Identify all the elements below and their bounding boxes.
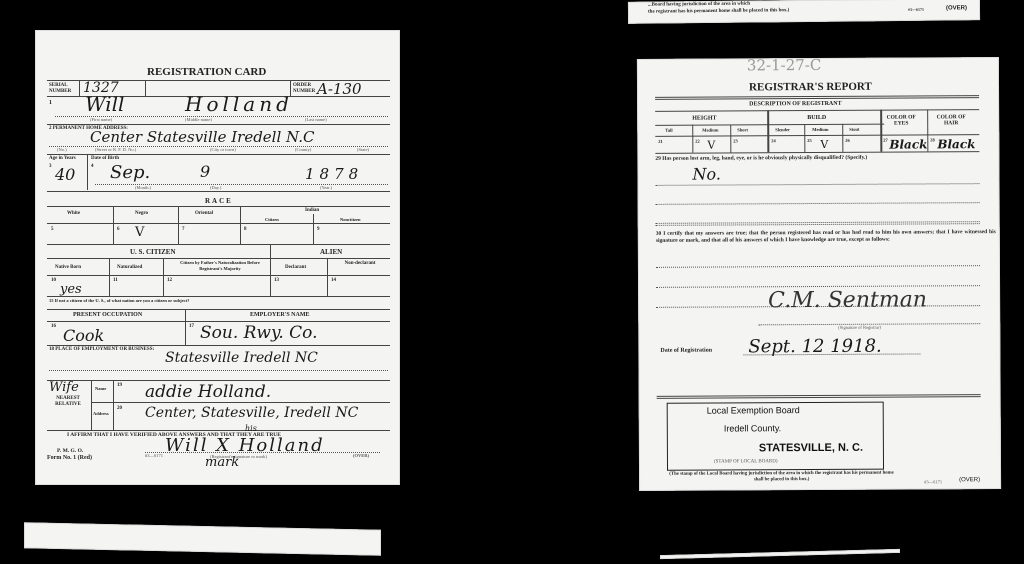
employer-heading: EMPLOYER'S NAME <box>250 312 310 318</box>
mark-text: mark <box>205 455 239 470</box>
height-medium-mark: V <box>707 139 715 152</box>
caption-county: (County) <box>295 147 311 152</box>
order-label: ORDER NUMBER <box>293 83 317 95</box>
build-medium-mark: V <box>820 138 828 151</box>
date-of-registration-label: Date of Registration <box>660 348 712 354</box>
hair-heading: COLOR OF HAIR <box>932 114 970 126</box>
over-label: (OVER) <box>353 453 369 458</box>
field-number: 17 <box>189 324 194 329</box>
eyes-heading: COLOR OF EYES <box>884 114 918 126</box>
bottom-partial-card <box>24 522 381 555</box>
top-strip-note-line1: ...Board having jurisdiction of the area… <box>648 2 750 8</box>
caption-city: (City or town) <box>210 147 236 152</box>
citizen-col-naturalized: Naturalized <box>117 265 142 270</box>
race-col-negro: Negro <box>135 211 148 216</box>
race-col-indian-citizen: Citizen <box>265 217 279 222</box>
field15-question: 15 If not a citizen of the U. S., of wha… <box>49 298 189 303</box>
card-title: REGISTRATION CARD <box>147 66 266 78</box>
field-number: 3 <box>49 164 52 169</box>
dob-year: 1878 <box>305 165 363 183</box>
field-number: 24 <box>771 138 776 143</box>
question-30: 30 I certify that my answers are true; t… <box>656 229 996 244</box>
stamp-line3: STATESVILLE, N. C. <box>759 442 863 455</box>
native-born-value: yes <box>60 282 82 297</box>
field-number: 4 <box>91 164 94 169</box>
field-number: 5 <box>51 227 54 232</box>
caption-middle-name: (Middle name) <box>185 117 212 122</box>
field-number: 28 <box>930 137 935 142</box>
pmgo-label: P. M. G. O. <box>57 448 83 454</box>
field-number: 27 <box>883 138 888 143</box>
field-number: 12 <box>167 278 172 283</box>
race-negro-mark: V <box>135 225 144 240</box>
relative-address-label: Address <box>93 411 109 416</box>
employer-value: Sou. Rwy. Co. <box>200 323 318 343</box>
bottom-sliver-card-edge <box>660 549 900 559</box>
age-value: 40 <box>55 165 75 184</box>
relative-relation: Wife <box>49 380 79 395</box>
field-number: 16 <box>51 324 56 329</box>
field-number: 9 <box>317 227 320 232</box>
form-number: Form No. 1 (Red) <box>47 455 92 461</box>
registrar-signature: C.M. Sentman <box>768 287 927 313</box>
alien-heading: ALIEN <box>320 248 342 256</box>
field-number: 11 <box>113 278 118 283</box>
field-number: 13 <box>274 278 279 283</box>
dob-day: 9 <box>200 162 210 181</box>
caption-day: (Day.) <box>210 185 221 190</box>
form-code: #3—6171 <box>924 479 942 484</box>
registrar-caption: (Signature of Registrar) <box>838 325 881 330</box>
first-name: Will <box>85 92 124 116</box>
his-mark-label: his <box>245 424 257 433</box>
field-number: 10 <box>51 278 56 283</box>
stamp-line1: Local Exemption Board <box>707 405 800 415</box>
field-number: 19 <box>117 383 122 388</box>
field-number: 6 <box>117 227 120 232</box>
relative-name: addie Holland. <box>145 382 271 402</box>
caption-first-name: (First name) <box>90 117 112 122</box>
employment-place: Statesville Iredell NC <box>165 350 318 366</box>
ref-number: 32-1-27-C <box>747 56 821 74</box>
field-number: 22 <box>695 139 700 144</box>
caption-month: (Month.) <box>135 185 151 190</box>
caption-last-name: (Last name) <box>305 117 327 122</box>
alien-col-nondeclarant: Non-declarant <box>340 261 380 267</box>
age-label: Age in Years <box>49 156 76 161</box>
serial-label: SERIAL NUMBER <box>49 83 77 95</box>
race-col-indian: Indian <box>305 208 319 213</box>
caption-year: (Year.) <box>320 185 332 190</box>
citizen-col-father: Citizen by Father's Naturalization Befor… <box>175 260 265 271</box>
field-number: 25 <box>807 138 812 143</box>
top-strip-over: (OVER) <box>946 5 967 11</box>
field-number: 1 <box>49 100 52 106</box>
over-label: (OVER) <box>959 477 980 483</box>
field-number: 21 <box>658 139 663 144</box>
field-number: 23 <box>733 138 738 143</box>
caption-street: (Street or R. F. D. No.) <box>95 147 136 152</box>
registration-card: REGISTRATION CARD SERIAL NUMBER 1327 ORD… <box>35 30 400 485</box>
nearest-relative-label: NEAREST RELATIVE <box>53 396 83 408</box>
employment-place-label: 18 PLACE OF EMPLOYMENT OR BUSINESS: <box>49 347 154 352</box>
race-col-white: White <box>67 211 80 216</box>
field-number: 20 <box>117 406 122 411</box>
registrars-report-card: 32-1-27-C REGISTRAR'S REPORT DESCRIPTION… <box>637 57 1001 491</box>
caption-no: (No.) <box>57 147 67 152</box>
relative-name-label: Name <box>95 386 106 391</box>
height-heading: HEIGHT <box>692 116 716 122</box>
field-number: 14 <box>331 278 336 283</box>
dob-label: Date of Birth <box>91 156 119 161</box>
question-29-answer: No. <box>692 165 721 184</box>
height-col-tall: Tall <box>665 128 672 133</box>
caption-state: (State) <box>357 147 369 152</box>
form-code: #3—6171 <box>145 453 163 458</box>
race-col-oriental: Oriental <box>195 211 213 216</box>
home-address: Center Statesville Iredell N.C <box>90 128 314 146</box>
stamp-line2: Iredell County. <box>724 423 781 433</box>
height-col-medium: Medium <box>702 128 718 133</box>
last-name: Holland <box>185 92 293 116</box>
citizen-col-native: Native Born <box>55 265 81 270</box>
build-col-slender: Slender <box>775 127 790 132</box>
build-heading: BUILD <box>807 115 826 121</box>
dob-month: Sep. <box>110 162 150 183</box>
occupation-heading: PRESENT OCCUPATION <box>73 312 142 318</box>
relative-address: Center, Statesville, Iredell NC <box>145 405 358 421</box>
top-strip-note-line2: the registrant has his permanent home sh… <box>648 8 789 14</box>
field-number: 26 <box>845 138 850 143</box>
eyes-value: Black <box>889 137 927 151</box>
stamp-note: (The stamp of the Local Board having jur… <box>669 471 894 483</box>
report-title: REGISTRAR'S REPORT <box>749 81 872 94</box>
build-col-stout: Stout <box>849 127 859 132</box>
height-col-short: Short <box>737 127 748 132</box>
question-29: 29 Has person lost arm, leg, hand, eye, … <box>655 154 985 162</box>
build-col-medium: Medium <box>812 127 828 132</box>
field-number: 8 <box>244 227 247 232</box>
stamp-caption: (STAMP OF LOCAL BOARD) <box>714 459 778 464</box>
us-citizen-heading: U. S. CITIZEN <box>130 248 176 256</box>
field-number: 7 <box>182 227 185 232</box>
race-col-indian-noncitizen: Noncitizen <box>340 217 361 222</box>
description-heading: DESCRIPTION OF REGISTRANT <box>749 101 841 107</box>
occupation-value: Cook <box>63 326 104 345</box>
hair-value: Black <box>937 137 975 151</box>
top-strip-form-code: #3—6171 <box>908 7 924 12</box>
race-heading: RACE <box>205 197 233 205</box>
top-partial-card: ...Board having jurisdiction of the area… <box>628 0 980 24</box>
alien-col-declarant: Declarant <box>285 265 306 270</box>
